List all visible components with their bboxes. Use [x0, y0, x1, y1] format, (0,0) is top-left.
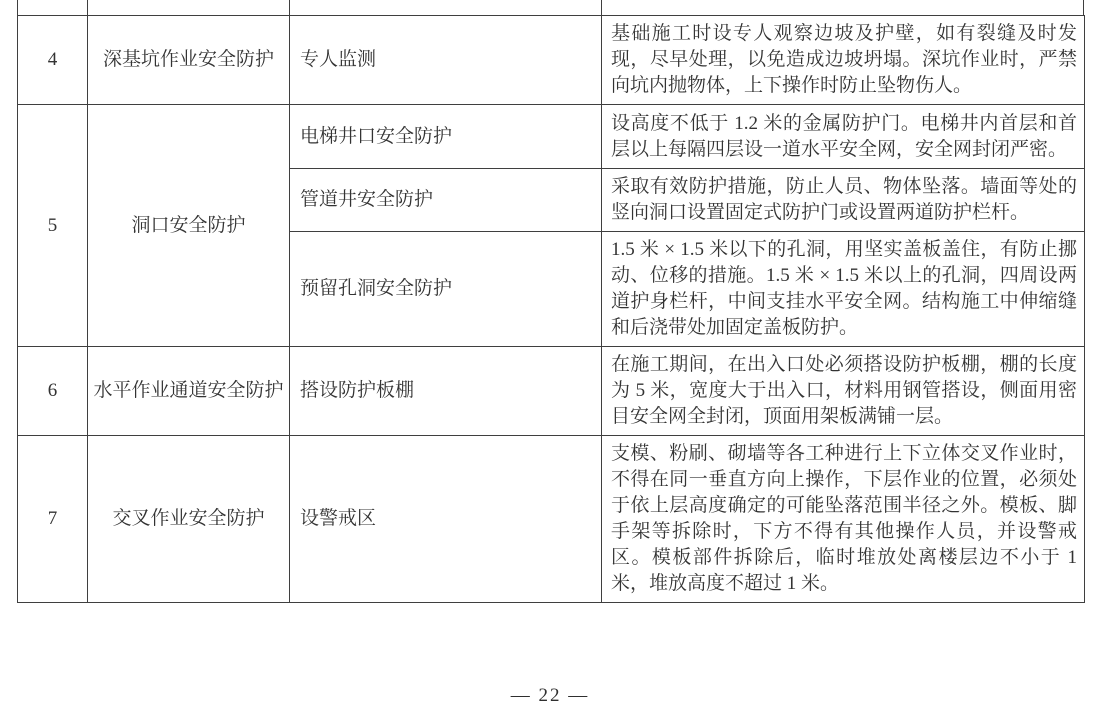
measure-cell: 搭设防护板棚 [290, 347, 602, 436]
table-border-stub [87, 0, 88, 15]
measure-cell: 专人监测 [290, 16, 602, 105]
category-cell: 交叉作业安全防护 [88, 436, 290, 603]
table-continuation-stubs [17, 0, 1084, 15]
row-number-cell: 7 [18, 436, 88, 603]
measure-cell: 预留孔洞安全防护 [290, 232, 602, 347]
document-page: 4 深基坑作业安全防护 专人监测 基础施工时设专人观察边坡及护壁，如有裂缝及时发… [0, 0, 1100, 728]
measure-cell: 电梯井口安全防护 [290, 105, 602, 169]
description-cell: 支模、粉刷、砌墙等各工种进行上下立体交叉作业时，不得在同一垂直方向上操作，下层作… [602, 436, 1085, 603]
table-row: 5 洞口安全防护 电梯井口安全防护 设高度不低于 1.2 米的金属防护门。电梯井… [18, 105, 1085, 169]
table-row: 6 水平作业通道安全防护 搭设防护板棚 在施工期间，在出入口处必须搭设防护板棚，… [18, 347, 1085, 436]
table-border-stub [601, 0, 602, 15]
measure-cell: 设警戒区 [290, 436, 602, 603]
row-number-cell: 4 [18, 16, 88, 105]
description-cell: 1.5 米 × 1.5 米以下的孔洞，用坚实盖板盖住，有防止挪动、位移的措施。1… [602, 232, 1085, 347]
description-cell: 设高度不低于 1.2 米的金属防护门。电梯井内首层和首层以上每隔四层设一道水平安… [602, 105, 1085, 169]
description-cell: 在施工期间，在出入口处必须搭设防护板棚，棚的长度为 5 米，宽度大于出入口，材料… [602, 347, 1085, 436]
safety-protection-table: 4 深基坑作业安全防护 专人监测 基础施工时设专人观察边坡及护壁，如有裂缝及时发… [17, 15, 1085, 603]
table-border-stub [289, 0, 290, 15]
description-cell: 采取有效防护措施，防止人员、物体坠落。墙面等处的竖向洞口设置固定式防护门或设置两… [602, 169, 1085, 232]
table-border-stub [1083, 0, 1084, 15]
row-number-cell: 6 [18, 347, 88, 436]
page-number: — 22 — [0, 685, 1100, 707]
category-cell: 洞口安全防护 [88, 105, 290, 347]
table-border-stub [17, 0, 18, 15]
table-row: 7 交叉作业安全防护 设警戒区 支模、粉刷、砌墙等各工种进行上下立体交叉作业时，… [18, 436, 1085, 603]
table-row: 4 深基坑作业安全防护 专人监测 基础施工时设专人观察边坡及护壁，如有裂缝及时发… [18, 16, 1085, 105]
row-number-cell: 5 [18, 105, 88, 347]
measure-cell: 管道井安全防护 [290, 169, 602, 232]
description-cell: 基础施工时设专人观察边坡及护壁，如有裂缝及时发现，尽早处理，以免造成边坡坍塌。深… [602, 16, 1085, 105]
category-cell: 深基坑作业安全防护 [88, 16, 290, 105]
category-cell: 水平作业通道安全防护 [88, 347, 290, 436]
